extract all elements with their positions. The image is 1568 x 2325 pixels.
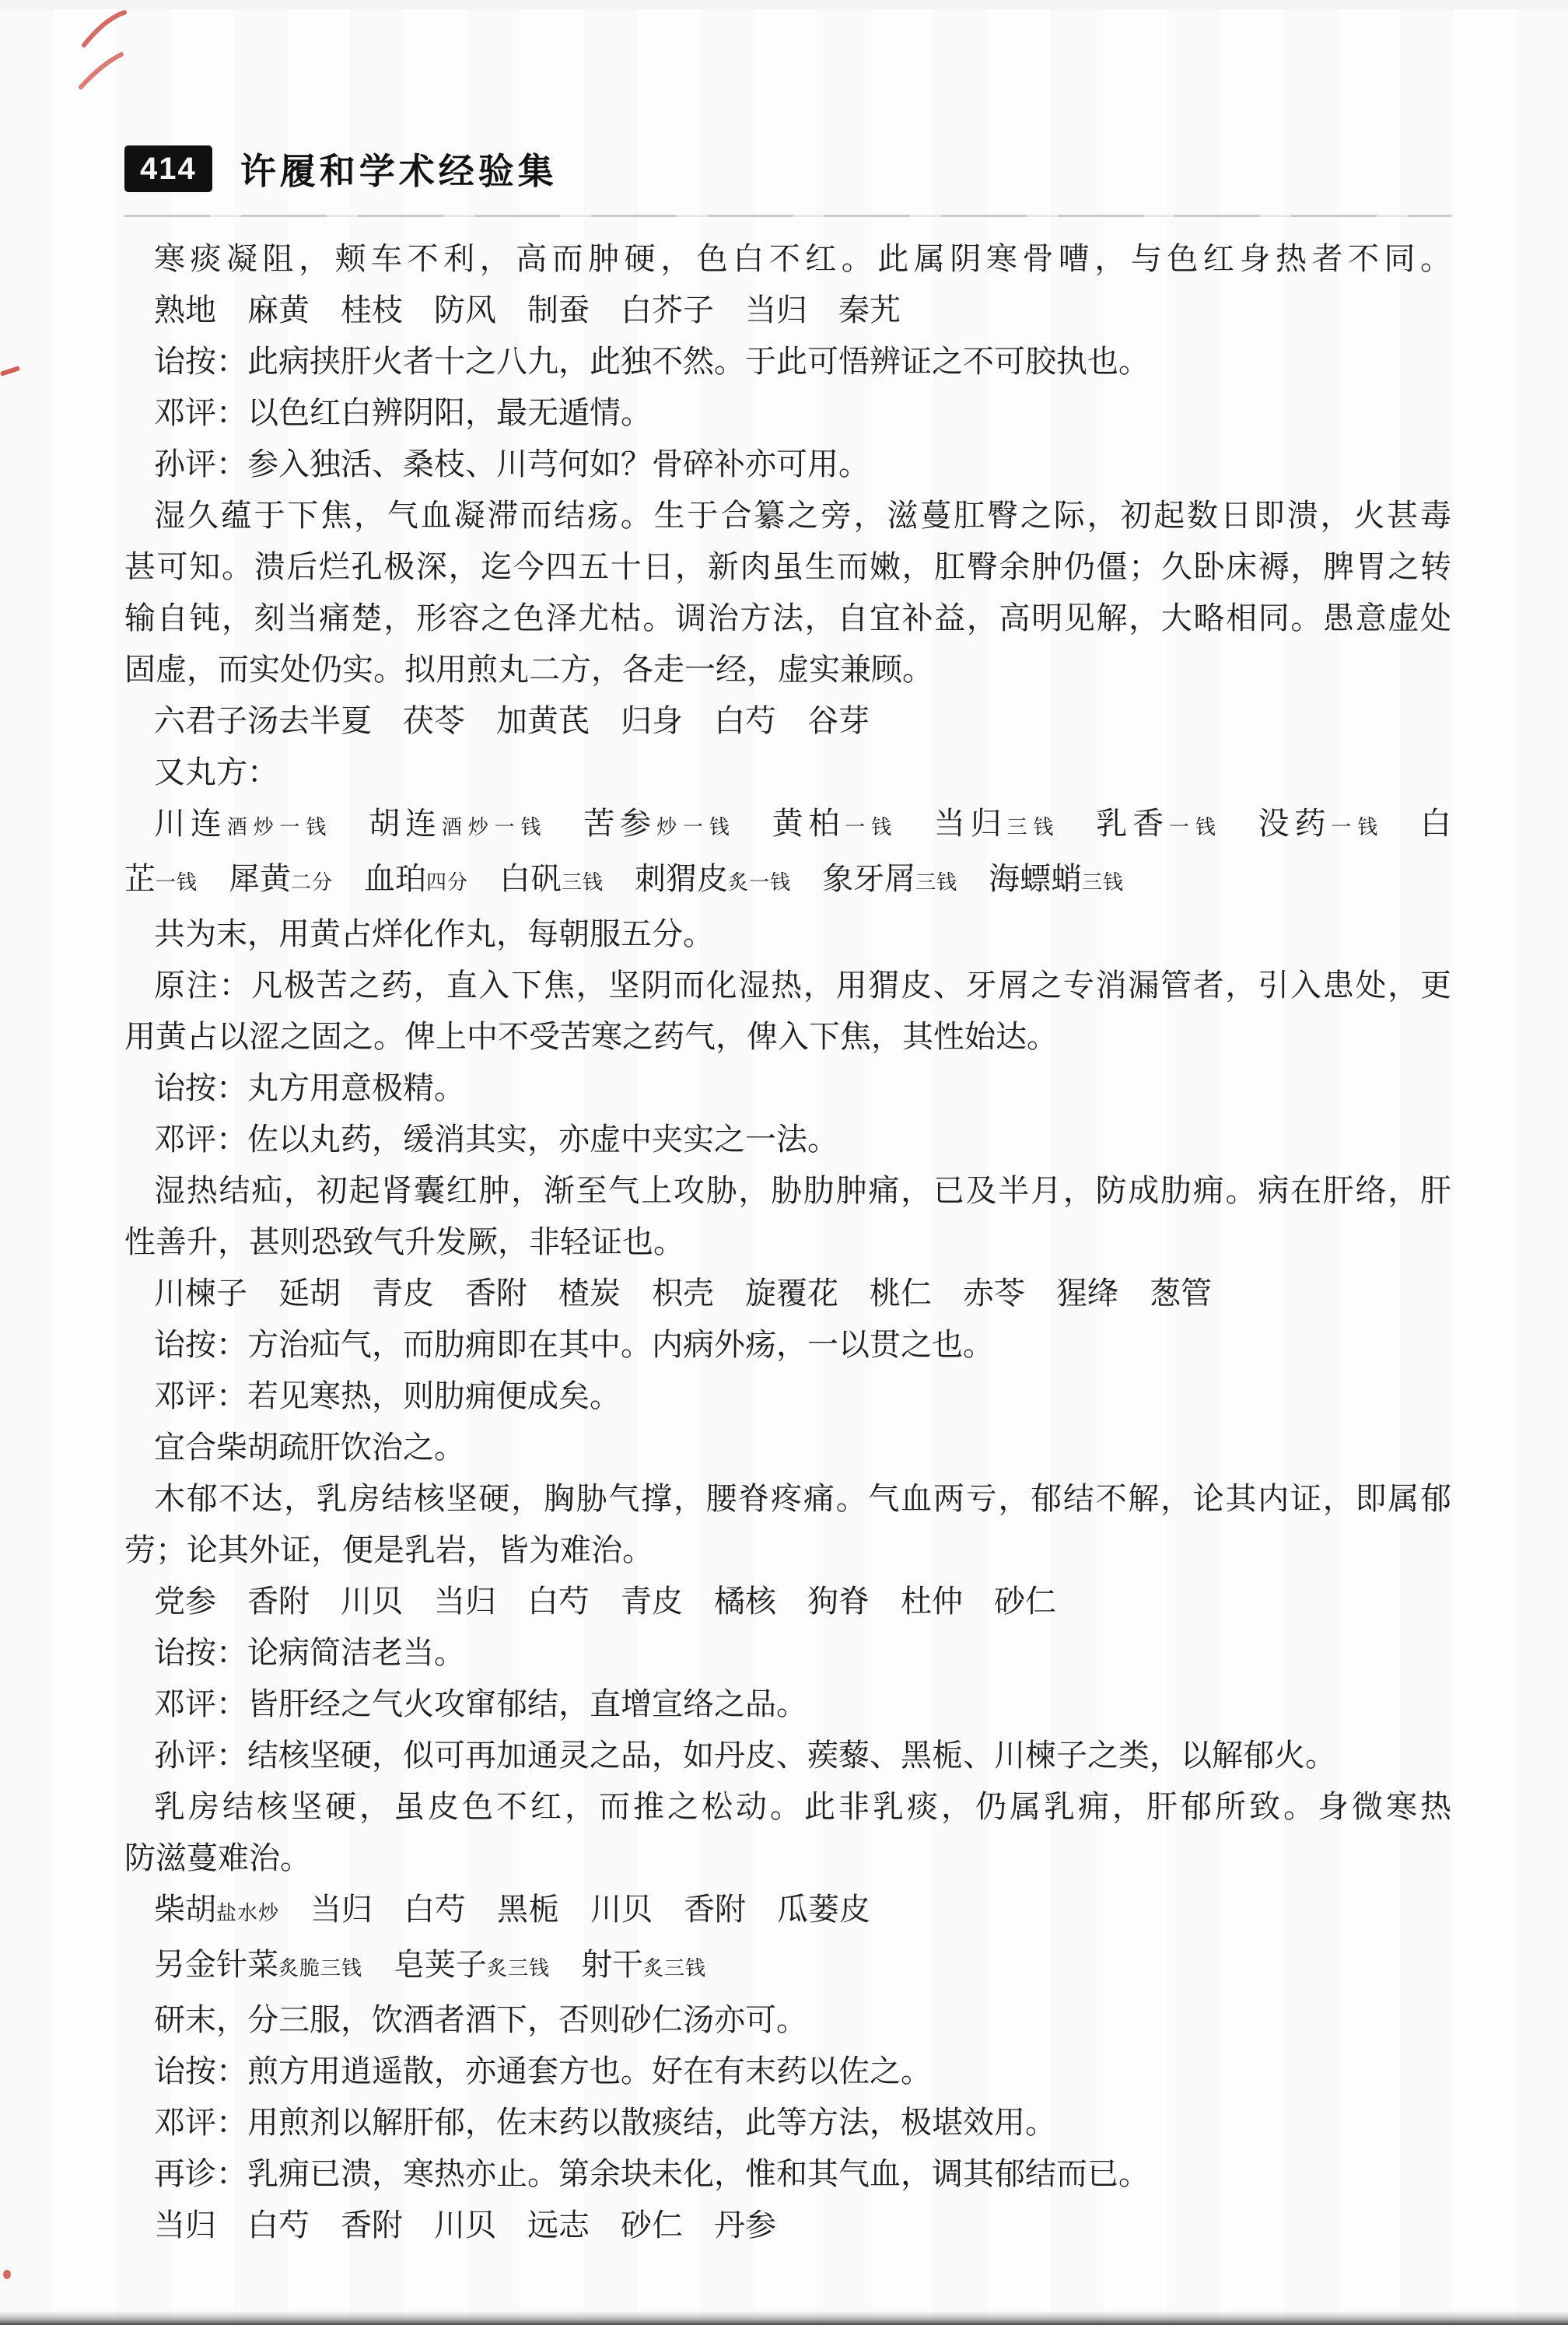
dosage-annotation: 炙脆三钱 xyxy=(278,1957,362,1980)
scan-top-edge xyxy=(0,0,1568,9)
dosage-annotation: 炙一钱 xyxy=(728,871,791,894)
text-line: 劳；论其外证，便是乳岩，皆为难治。 xyxy=(124,1525,1451,1576)
dosage-annotation: 三钱 xyxy=(562,871,604,894)
text-line: 湿久蕴于下焦，气血凝滞而结疡。生于合纂之旁，滋蔓肛臀之际，初起数日即溃，火甚毒 xyxy=(124,490,1451,541)
red-pen-mark xyxy=(73,6,143,100)
book-title: 许履和学术经验集 xyxy=(240,143,558,194)
dosage-annotation: 一钱 xyxy=(1169,816,1222,839)
dosage-annotation: 一钱 xyxy=(1331,816,1384,839)
text-line: 木郁不达，乳房结核坚硬，胸胁气撑，腰脊疼痛。气血两亏，郁结不解，论其内证，即属郁 xyxy=(124,1473,1451,1525)
dosage-annotation: 三钱 xyxy=(1007,816,1060,839)
text-line: 党参 香附 川贝 当归 白芍 青皮 橘核 狗脊 杜仲 砂仁 xyxy=(124,1576,1451,1627)
text-line: 邓评：以色红白辨阴阳，最无遁情。 xyxy=(124,387,1451,439)
text-line: 固虚，而实处仍实。拟用煎丸二方，各走一经，虚实兼顾。 xyxy=(124,644,1451,695)
text-line: 诒按：此病挟肝火者十之八九，此独不然。于此可悟辨证之不可胶执也。 xyxy=(124,336,1451,387)
text-line: 防滋蔓难治。 xyxy=(124,1833,1451,1884)
red-pen-dash xyxy=(0,366,20,376)
header-rule xyxy=(124,215,1451,217)
text-line: 用黄占以涩之固之。俾上中不受苦寒之药气，俾入下焦，其性始达。 xyxy=(124,1011,1451,1063)
text-line: 当归 白芍 香附 川贝 远志 砂仁 丹参 xyxy=(124,2200,1451,2251)
text-line: 孙评：参入独活、桑枝、川芎何如？骨碎补亦可用。 xyxy=(124,439,1451,490)
text-line: 邓评：若见寒热，则肋痈便成矣。 xyxy=(124,1371,1451,1422)
text-line: 柴胡盐水炒 当归 白芍 黑栀 川贝 香附 瓜蒌皮 xyxy=(124,1884,1451,1939)
dosage-annotation: 炒一钱 xyxy=(656,816,736,839)
dosage-annotation: 炙三钱 xyxy=(487,1957,550,1980)
text-line: 诒按：方治疝气，而肋痈即在其中。内病外疡，一以贯之也。 xyxy=(124,1319,1451,1371)
text-line: 邓评：用煎剂以解肝郁，佐末药以散痰结，此等方法，极堪效用。 xyxy=(124,2097,1451,2148)
text-line: 川连酒炒一钱 胡连酒炒一钱 苦参炒一钱 黄柏一钱 当归三钱 乳香一钱 没药一钱 … xyxy=(124,798,1451,853)
text-line: 诒按：煎方用逍遥散，亦通套方也。好在有末药以佐之。 xyxy=(124,2046,1451,2097)
text-line: 六君子汤去半夏 茯苓 加黄芪 归身 白芍 谷芽 xyxy=(124,695,1451,747)
text-line: 芷一钱 犀黄二分 血珀四分 白矾三钱 刺猬皮炙一钱 象牙屑三钱 海螵蛸三钱 xyxy=(124,853,1451,909)
text-line: 共为末，用黄占烊化作丸，每朝服五分。 xyxy=(124,909,1451,960)
dosage-annotation: 酒炒一钱 xyxy=(442,816,548,839)
dosage-annotation: 炙三钱 xyxy=(643,1957,706,1980)
text-line: 诒按：丸方用意极精。 xyxy=(124,1063,1451,1114)
text-line: 宜合柴胡疏肝饮治之。 xyxy=(124,1422,1451,1473)
content: 寒痰凝阻，颊车不利，高而肿硬，色白不红。此属阴寒骨嘈，与色红身热者不同。熟地 麻… xyxy=(124,233,1451,2251)
text-line: 寒痰凝阻，颊车不利，高而肿硬，色白不红。此属阴寒骨嘈，与色红身热者不同。 xyxy=(124,233,1451,285)
dosage-annotation: 四分 xyxy=(426,871,468,894)
red-pen-dot xyxy=(3,2270,11,2279)
dosage-annotation: 二分 xyxy=(291,871,333,894)
page-number-box: 414 xyxy=(124,145,212,192)
text-line: 诒按：论病简洁老当。 xyxy=(124,1627,1451,1679)
text-line: 再诊：乳痈已溃，寒热亦止。第余块未化，惟和其气血，调其郁结而已。 xyxy=(124,2148,1451,2200)
text-line: 邓评：皆肝经之气火攻窜郁结，直增宣络之品。 xyxy=(124,1679,1451,1730)
text-line: 甚可知。溃后烂孔极深，迄今四五十日，新肉虽生而嫩，肛臀余肿仍僵；久卧床褥，脾胃之… xyxy=(124,541,1451,593)
text-line: 研末，分三服，饮酒者酒下，否则砂仁汤亦可。 xyxy=(124,1994,1451,2046)
text-line: 邓评：佐以丸药，缓消其实，亦虚中夹实之一法。 xyxy=(124,1114,1451,1165)
scan-bottom-edge xyxy=(0,2311,1568,2325)
running-head: 414 许履和学术经验集 xyxy=(124,143,1451,194)
text-line: 另金针菜炙脆三钱 皂荚子炙三钱 射干炙三钱 xyxy=(124,1939,1451,1994)
dosage-annotation: 一钱 xyxy=(156,871,198,894)
text-line: 原注：凡极苦之药，直入下焦，坚阴而化湿热，用猬皮、牙屑之专消漏管者，引入患处，更 xyxy=(124,960,1451,1011)
dosage-annotation: 酒炒一钱 xyxy=(227,816,333,839)
dosage-annotation: 一钱 xyxy=(845,816,898,839)
text-line: 孙评：结核坚硬，似可再加通灵之品，如丹皮、蒺藜、黑栀、川楝子之类，以解郁火。 xyxy=(124,1730,1451,1781)
book-page-scan: 414 许履和学术经验集 寒痰凝阻，颊车不利，高而肿硬，色白不红。此属阴寒骨嘈，… xyxy=(0,0,1568,2325)
text-line: 性善升，甚则恐致气升发厥，非轻证也。 xyxy=(124,1217,1451,1268)
text-line: 湿热结疝，初起肾囊红肿，渐至气上攻胁，胁肋肿痛，已及半月，防成肋痈。病在肝络，肝 xyxy=(124,1165,1451,1217)
dosage-annotation: 三钱 xyxy=(915,871,957,894)
dosage-annotation: 三钱 xyxy=(1082,871,1124,894)
text-line: 又丸方： xyxy=(124,747,1451,798)
text-line: 乳房结核坚硬，虽皮色不红，而推之松动。此非乳痰，仍属乳痈，肝郁所致。身微寒热 xyxy=(124,1781,1451,1833)
dosage-annotation: 盐水炒 xyxy=(216,1902,279,1924)
text-line: 川楝子 延胡 青皮 香附 楂炭 枳壳 旋覆花 桃仁 赤苓 猩绛 葱管 xyxy=(124,1268,1451,1319)
text-line: 熟地 麻黄 桂枝 防风 制蚕 白芥子 当归 秦艽 xyxy=(124,285,1451,336)
text-line: 输自钝，刻当痛楚，形容之色泽尤枯。调治方法，自宜补益，高明见解，大略相同。愚意虚… xyxy=(124,593,1451,644)
